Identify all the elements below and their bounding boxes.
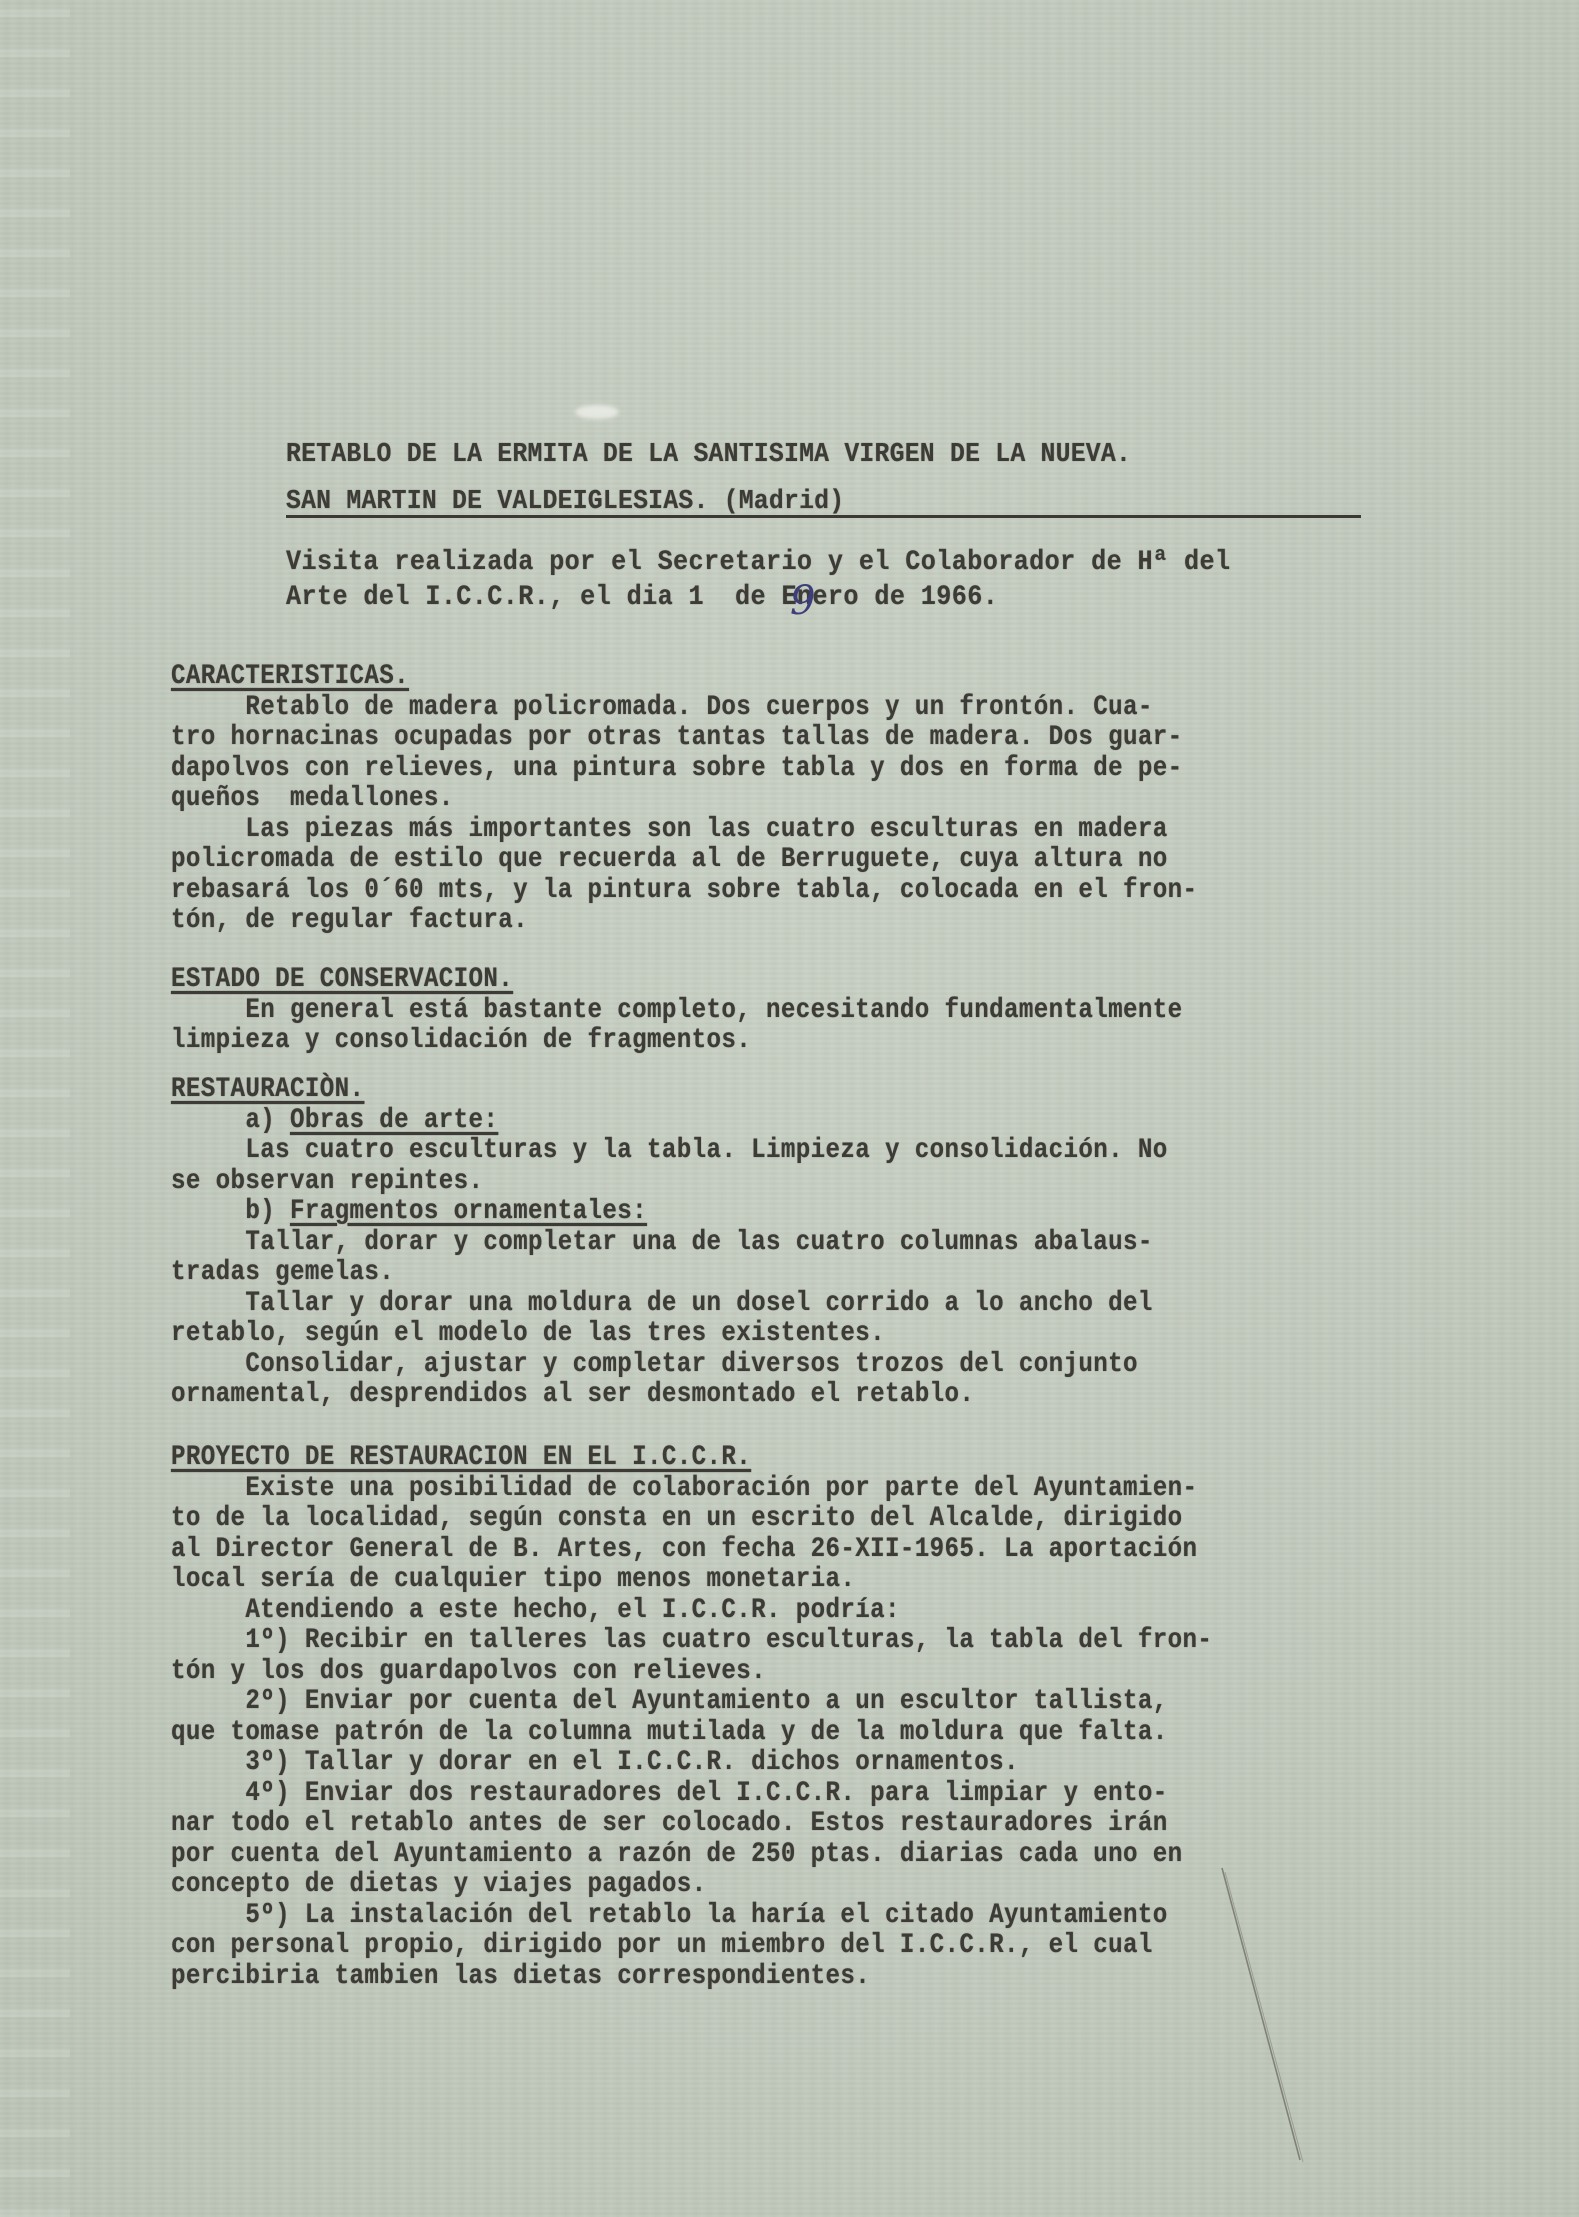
document-title-line-1: RETABLO DE LA ERMITA DE LA SANTISIMA VIR…	[286, 440, 1131, 470]
body-line: tradas gemelas.	[171, 1258, 1168, 1289]
body-line: Atendiendo a este hecho, el I.C.C.R. pod…	[171, 1596, 1212, 1627]
body-line: ornamental, desprendidos al ser desmonta…	[171, 1380, 1168, 1411]
subsection-b-prefix: b)	[171, 1196, 290, 1227]
body-line: nar todo el retablo antes de ser colocad…	[171, 1809, 1212, 1840]
section-heading-estado: ESTADO DE CONSERVACION.	[171, 965, 1182, 996]
body-line: Las piezas más importantes son las cuatr…	[171, 815, 1197, 846]
scanned-document-page: RETABLO DE LA ERMITA DE LA SANTISIMA VIR…	[0, 0, 1579, 2217]
body-line: policromada de estilo que recuerda al de…	[171, 845, 1197, 876]
section-heading-caracteristicas: CARACTERISTICAS.	[171, 662, 1197, 693]
subsection-a-label: Obras de arte:	[290, 1105, 498, 1136]
subsection-b-body: Tallar, dorar y completar una de las cua…	[171, 1228, 1303, 1411]
visit-line-2-post: de Enero de 1966.	[720, 582, 999, 613]
visit-line-1: Visita realizada por el Secretario y el …	[286, 548, 1230, 578]
body-line: concepto de dietas y viajes pagados.	[171, 1870, 1212, 1901]
body-line: tón y los dos guardapolvos con relieves.	[171, 1657, 1212, 1688]
section-heading-restauracion: RESTAURACIÒN.	[171, 1075, 1168, 1106]
paper-left-edge	[0, 0, 70, 2217]
body-line: tón, de regular factura.	[171, 906, 1197, 937]
body-line: Consolidar, ajustar y completar diversos…	[171, 1350, 1168, 1381]
visit-line-2-pre: Arte del I.C.C.R., el dia 1	[286, 582, 704, 613]
body-line: con personal propio, dirigido por un mie…	[171, 1931, 1212, 1962]
body-line: se observan repintes.	[171, 1167, 1168, 1198]
body-line: 4º) Enviar dos restauradores del I.C.C.R…	[171, 1779, 1212, 1810]
section-body-caracteristicas: Retablo de madera policromada. Dos cuerp…	[171, 693, 1337, 937]
body-line: Las cuatro esculturas y la tabla. Limpie…	[171, 1136, 1168, 1167]
body-line: 1º) Recibir en talleres las cuatro escul…	[171, 1626, 1212, 1657]
body-line: por cuenta del Ayuntamiento a razón de 2…	[171, 1840, 1212, 1871]
body-line: 2º) Enviar por cuenta del Ayuntamiento a…	[171, 1687, 1212, 1718]
paper-smudge	[575, 405, 619, 419]
visit-line-2: Arte del I.C.C.R., el dia 19 de Enero de…	[286, 583, 998, 613]
body-line: retablo, según el modelo de las tres exi…	[171, 1319, 1168, 1350]
body-line: Retablo de madera policromada. Dos cuerp…	[171, 693, 1197, 724]
body-line: 5º) La instalación del retablo la haría …	[171, 1901, 1212, 1932]
body-line: En general está bastante completo, neces…	[171, 996, 1182, 1027]
subsection-b-label: Fragmentos ornamentales:	[290, 1196, 647, 1227]
subsection-a-prefix: a)	[171, 1105, 290, 1136]
subsection-a: a) Obras de arte:	[171, 1106, 1168, 1137]
handwritten-day-digit: 9	[790, 581, 815, 621]
body-line: queños medallones.	[171, 784, 1197, 815]
body-line: 3º) Tallar y dorar en el I.C.C.R. dichos…	[171, 1748, 1212, 1779]
body-line: limpieza y consolidación de fragmentos.	[171, 1026, 1182, 1057]
section-caracteristicas: CARACTERISTICAS. Retablo de madera polic…	[171, 662, 1337, 937]
body-line: Existe una posibilidad de colaboración p…	[171, 1474, 1212, 1505]
document-title-line-2: SAN MARTIN DE VALDEIGLESIAS. (Madrid)	[286, 487, 844, 517]
section-estado-conservacion: ESTADO DE CONSERVACION. En general está …	[171, 965, 1320, 1057]
body-line: tro hornacinas ocupadas por otras tantas…	[171, 723, 1197, 754]
body-line: percibiria tambien las dietas correspond…	[171, 1962, 1212, 1993]
section-body-estado: En general está bastante completo, neces…	[171, 996, 1320, 1057]
subsection-b: b) Fragmentos ornamentales:	[171, 1197, 1168, 1228]
body-line: dapolvos con relieves, una pintura sobre…	[171, 754, 1197, 785]
body-line: to de la localidad, según consta en un e…	[171, 1504, 1212, 1535]
section-heading-proyecto: PROYECTO DE RESTAURACION EN EL I.C.C.R.	[171, 1443, 1212, 1474]
section-restauracion: RESTAURACIÒN. a) Obras de arte: Las cuat…	[171, 1075, 1303, 1411]
body-line: que tomase patrón de la columna mutilada…	[171, 1718, 1212, 1749]
body-line: Tallar y dorar una moldura de un dosel c…	[171, 1289, 1168, 1320]
body-line: al Director General de B. Artes, con fec…	[171, 1535, 1212, 1566]
body-line: rebasará los 0´60 mts, y la pintura sobr…	[171, 876, 1197, 907]
subsection-a-body: Las cuatro esculturas y la tabla. Limpie…	[171, 1136, 1303, 1197]
title-underline-rule	[286, 515, 1361, 518]
section-proyecto: PROYECTO DE RESTAURACION EN EL I.C.C.R. …	[171, 1443, 1354, 1992]
body-line: Tallar, dorar y completar una de las cua…	[171, 1228, 1168, 1259]
body-line: local sería de cualquier tipo menos mone…	[171, 1565, 1212, 1596]
section-body-proyecto: Existe una posibilidad de colaboración p…	[171, 1474, 1354, 1993]
